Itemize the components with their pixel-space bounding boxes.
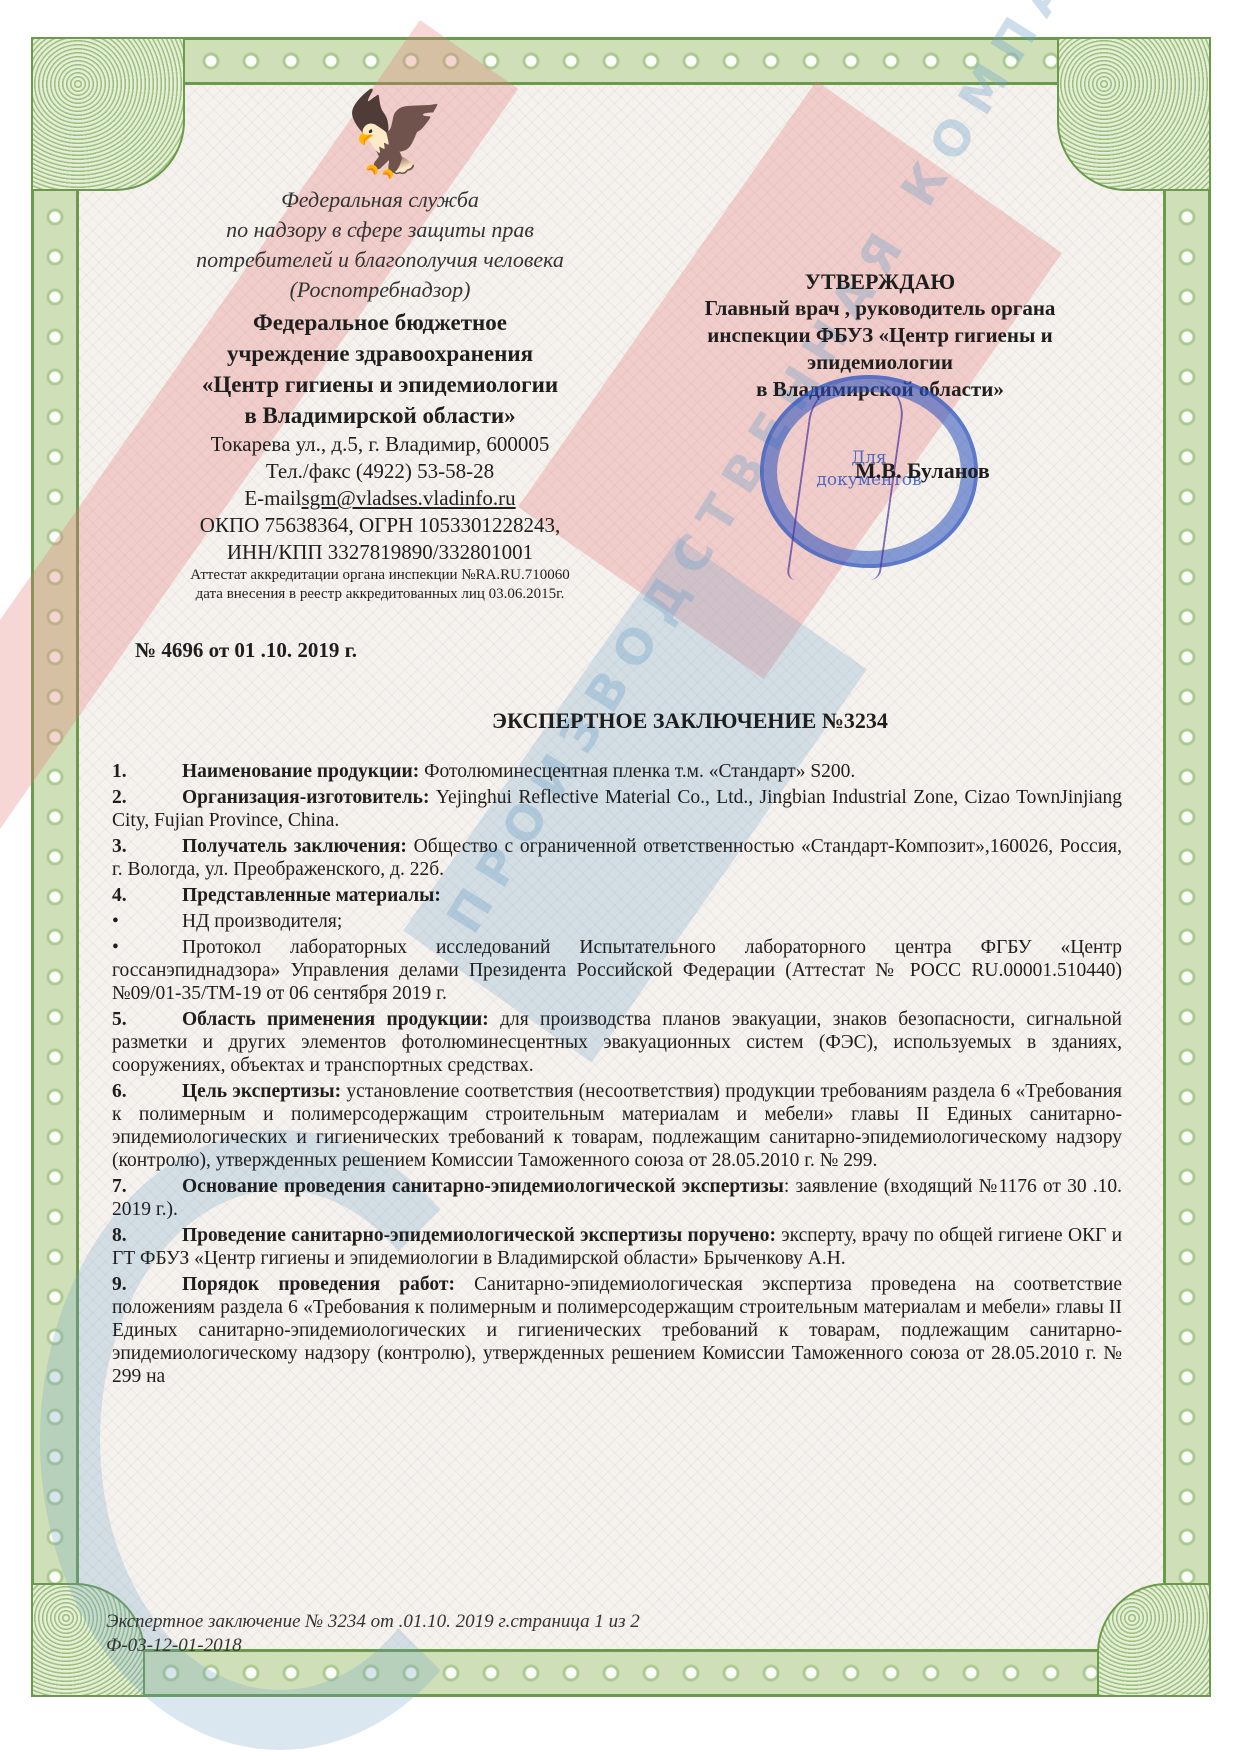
service-name-line: по надзору в сфере защиты прав bbox=[140, 215, 620, 245]
corner-ornament-top-right bbox=[1057, 37, 1211, 191]
border-top bbox=[31, 37, 1211, 85]
coat-of-arms-eagle-icon: 🦅 bbox=[340, 80, 450, 190]
signatory-name: М.В. Буланов bbox=[855, 458, 990, 484]
service-name-line: (Роспотребнадзор) bbox=[140, 275, 620, 305]
section-9: 9.Порядок проведения работ: Санитарно-эп… bbox=[112, 1273, 1122, 1388]
approver-position-line: инспекции ФБУЗ «Центр гигиены и bbox=[640, 322, 1120, 349]
section-7: 7.Основание проведения санитарно-эпидеми… bbox=[112, 1175, 1122, 1221]
section-5: 5.Область применения продукции: для прои… bbox=[112, 1008, 1122, 1077]
corner-ornament-bottom-right bbox=[1097, 1583, 1211, 1697]
section-4: 4.Представленные материалы: bbox=[112, 884, 1122, 907]
service-name-line: Федеральная служба bbox=[140, 185, 620, 215]
email-prefix: E-mail bbox=[244, 486, 301, 510]
material-list-item: •Протокол лабораторных исследований Испы… bbox=[112, 936, 1122, 1005]
institution-name-line: учреждение здравоохранения bbox=[140, 338, 620, 369]
approver-position-line: Главный врач , руководитель органа bbox=[640, 295, 1120, 322]
approval-title: УТВЕРЖДАЮ bbox=[640, 268, 1120, 295]
institution-name-line: в Владимирской области» bbox=[140, 400, 620, 431]
outgoing-number: № 4696 от 01 .10. 2019 г. bbox=[135, 638, 357, 663]
section-8: 8.Проведение санитарно-эпидемиологическо… bbox=[112, 1224, 1122, 1270]
issuer-okpo-ogrn: ОКПО 75638364, ОГРН 1053301228243, bbox=[140, 512, 620, 539]
issuer-header: Федеральная служба по надзору в сфере за… bbox=[140, 185, 620, 604]
issuer-phone: Тел./факс (4922) 53-58-28 bbox=[140, 458, 620, 485]
border-left bbox=[31, 37, 79, 1697]
issuer-email-line: E-mailsgm@vladses.vladinfo.ru bbox=[140, 485, 620, 512]
border-right bbox=[1163, 37, 1211, 1697]
section-3: 3.Получатель заключения: Общество с огра… bbox=[112, 835, 1122, 881]
corner-ornament-top-left bbox=[31, 37, 185, 191]
institution-name-line: «Центр гигиены и эпидемиологии bbox=[140, 369, 620, 400]
issuer-inn-kpp: ИНН/КПП 3327819890/332801001 bbox=[140, 539, 620, 566]
institution-name-line: Федеральное бюджетное bbox=[140, 307, 620, 338]
registry-date-line: дата внесения в реестр аккредитованных л… bbox=[140, 585, 620, 604]
email-link[interactable]: sgm@vladses.vladinfo.ru bbox=[302, 486, 516, 510]
accreditation-line: Аттестат аккредитации органа инспекции №… bbox=[140, 566, 620, 585]
material-list-item: •НД производителя; bbox=[112, 910, 1122, 933]
section-6: 6.Цель экспертизы: установление соответс… bbox=[112, 1080, 1122, 1172]
section-2: 2.Организация-изготовитель: Yejinghui Re… bbox=[112, 786, 1122, 832]
document-title: ЭКСПЕРТНОЕ ЗАКЛЮЧЕНИЕ №3234 bbox=[0, 708, 1240, 734]
bullet-icon: • bbox=[112, 936, 182, 959]
document-body: 1.Наименование продукции: Фотолюминесцен… bbox=[112, 760, 1122, 1391]
page-footer: Экспертное заключение № 3234 от .01.10. … bbox=[106, 1610, 640, 1658]
footer-page-info: Экспертное заключение № 3234 от .01.10. … bbox=[106, 1610, 640, 1634]
service-name-line: потребителей и благополучия человека bbox=[140, 245, 620, 275]
issuer-address: Токарева ул., д.5, г. Владимир, 600005 bbox=[140, 431, 620, 458]
section-1: 1.Наименование продукции: Фотолюминесцен… bbox=[112, 760, 1122, 783]
footer-form-code: Ф-03-12-01-2018 bbox=[106, 1634, 640, 1658]
bullet-icon: • bbox=[112, 910, 182, 933]
approver-position-line: эпидемиологии bbox=[640, 349, 1120, 376]
